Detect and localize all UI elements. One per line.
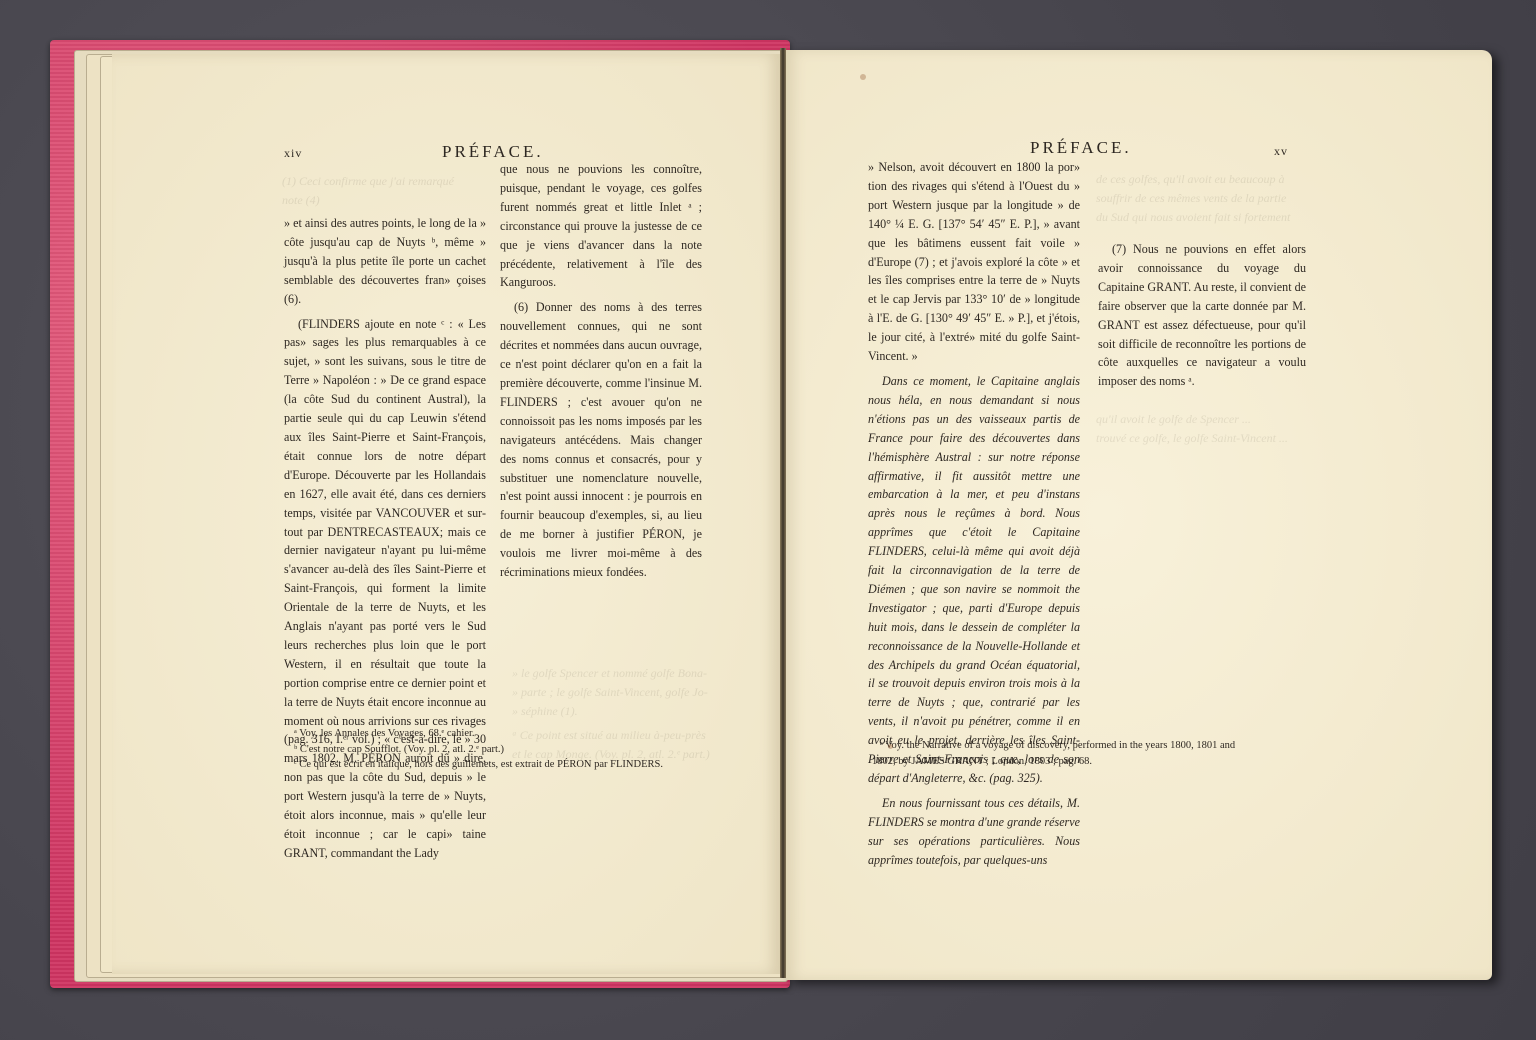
- paragraph: (7) Nous ne pouvions en effet alors avoi…: [1098, 240, 1306, 391]
- running-head: PRÉFACE.: [1030, 138, 1132, 158]
- page-number: xiv: [284, 146, 302, 161]
- show-through-text: (1) Ceci confirme que j'ai remarquénote …: [282, 172, 482, 210]
- left-page: (1) Ceci confirme que j'ai remarquénote …: [112, 54, 780, 974]
- show-through-text: » le golfe Spencer et nommé golfe Bona-»…: [512, 664, 732, 721]
- paragraph: » Nelson, avoit découvert en 1800 la por…: [868, 158, 1080, 366]
- footnote: ᵇ C'est notre cap Soufflot. (Voy. pl. 2,…: [294, 742, 714, 758]
- foxing-spot: [860, 74, 866, 80]
- page-number: xv: [1274, 144, 1288, 159]
- paragraph: (6) Donner des noms à des terres nouvell…: [500, 298, 702, 582]
- left-page-column-2: que nous ne pouvions les connoître, puis…: [500, 160, 702, 588]
- paragraph: (FLINDERS ajoute en note ᶜ : « Les pas» …: [284, 315, 486, 863]
- right-page-footnotes: ᵃ Voy. the Narrative of a voyage of disc…: [872, 738, 1312, 769]
- running-head: PRÉFACE.: [442, 142, 544, 162]
- footnote: 1802, by JAMES GRANT ; London, 1803 ; pa…: [872, 754, 1312, 770]
- footnote: ᵃ Voy. les Annales des Voyages, 68.ᵉ cah…: [294, 726, 714, 742]
- right-page-column-2: (7) Nous ne pouvions en effet alors avoi…: [1098, 240, 1306, 397]
- left-page-footnotes: ᵃ Voy. les Annales des Voyages, 68.ᵉ cah…: [294, 726, 714, 773]
- footnote: ᶜ Ce qui est écrit en italique, hors des…: [294, 757, 714, 773]
- paragraph: Dans ce moment, le Capitaine anglais nou…: [868, 372, 1080, 788]
- paragraph: » et ainsi des autres points, le long de…: [284, 214, 486, 309]
- show-through-text: qu'il avoit le golfe de Spencer ...trouv…: [1096, 410, 1316, 448]
- right-page: de ces golfes, qu'il avoit eu beaucoup à…: [786, 50, 1492, 980]
- footnote: ᵃ Voy. the Narrative of a voyage of disc…: [872, 738, 1312, 754]
- show-through-text: de ces golfes, qu'il avoit eu beaucoup à…: [1096, 170, 1316, 227]
- paragraph: que nous ne pouvions les connoître, puis…: [500, 160, 702, 292]
- foxing-spot: [888, 744, 893, 749]
- paragraph: En nous fournissant tous ces détails, M.…: [868, 794, 1080, 870]
